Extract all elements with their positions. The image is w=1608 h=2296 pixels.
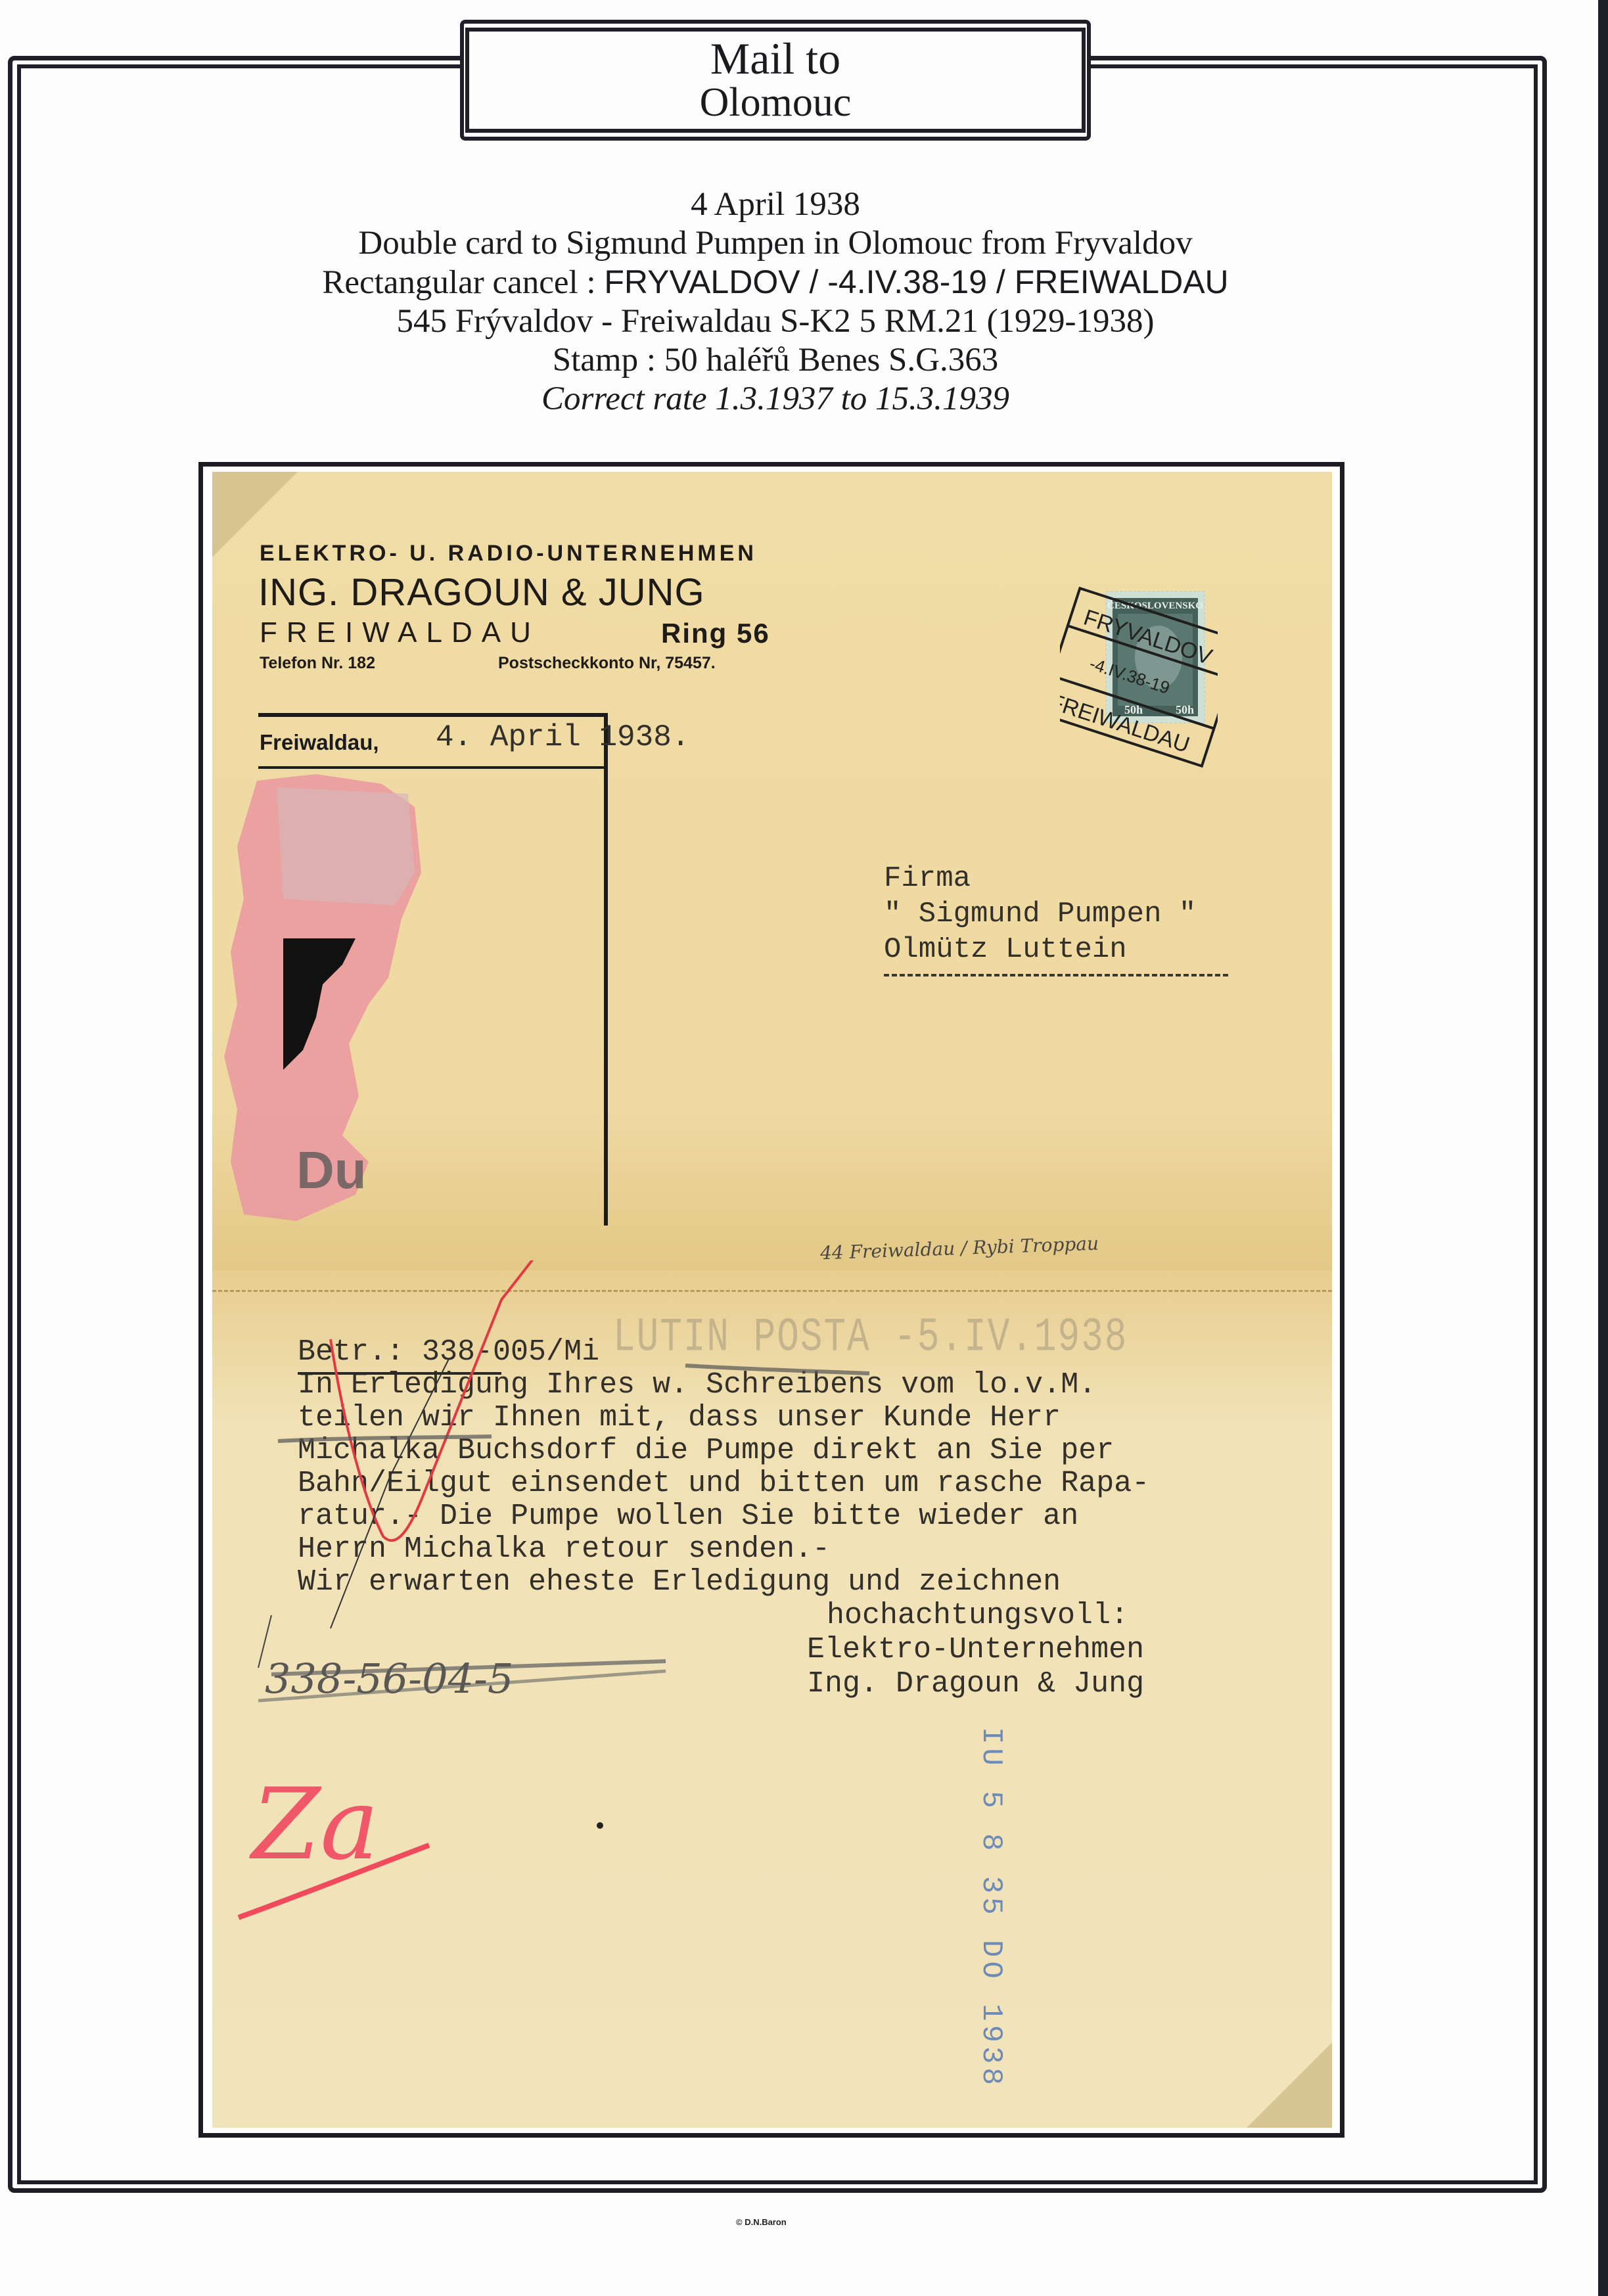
- description-date: 4 April 1938: [0, 185, 1551, 224]
- page-title: Mail to: [469, 35, 1082, 81]
- title-plate: Mail to Olomouc: [465, 28, 1086, 133]
- cancel-label: Rectangular cancel :: [322, 264, 604, 301]
- handwritten-reference: 338-56-04-5: [265, 1655, 513, 1703]
- description-cancel: Rectangular cancel : FRYVALDOV / -4.IV.3…: [0, 263, 1551, 302]
- address-line-1: Firma: [884, 861, 1196, 896]
- postal-card: ELEKTRO- U. RADIO-UNTERNEHMEN ING. DRAGO…: [212, 472, 1332, 2128]
- torn-paper-residue: Du: [218, 768, 444, 1228]
- address-line-3: Olmütz Luttein: [884, 932, 1196, 967]
- stamp-value-right: 50h: [1176, 703, 1194, 716]
- blue-date-stamp: IU 5 8 35 DO 1938: [975, 1727, 1007, 2089]
- description-catalogue: 545 Frývaldov - Freiwaldau S-K2 5 RM.21 …: [0, 302, 1551, 341]
- red-check-mark: [331, 1260, 547, 1540]
- description-block: 4 April 1938 Double card to Sigmund Pump…: [0, 185, 1551, 419]
- pencil-stroke: [331, 1359, 449, 1628]
- letterhead-street: Ring 56: [661, 618, 770, 649]
- description-stamp: Stamp : 50 haléřů Benes S.G.363: [0, 341, 1551, 380]
- letterhead-city: FREIWALDAU: [260, 616, 540, 649]
- letterhead-account: Postscheckkonto Nr, 75457.: [498, 654, 716, 673]
- description-summary: Double card to Sigmund Pumpen in Olomouc…: [0, 224, 1551, 263]
- letterhead-company: ING. DRAGOUN & JUNG: [258, 570, 705, 614]
- page-subtitle: Olomouc: [469, 81, 1082, 124]
- residue-letters: Du: [296, 1141, 367, 1199]
- place-label: Freiwaldau,: [260, 730, 379, 755]
- sender-box-top-rule: [258, 713, 607, 717]
- scan-edge: [1598, 0, 1608, 2296]
- recipient-address: Firma " Sigmund Pumpen " Olmütz Luttein: [884, 861, 1196, 967]
- letterhead-phone: Telefon Nr. 182: [260, 654, 375, 673]
- typed-date: 4. April 1938.: [436, 720, 689, 754]
- description-rate: Correct rate 1.3.1937 to 15.3.1939: [0, 380, 1551, 419]
- letterhead-line1: ELEKTRO- U. RADIO-UNTERNEHMEN: [260, 541, 757, 566]
- address-underline: [884, 974, 1228, 976]
- cancel-text: FRYVALDOV / -4.IV.38-19 / FREIWALDAU: [604, 264, 1228, 300]
- address-line-2: " Sigmund Pumpen ": [884, 896, 1196, 932]
- red-initials: Za: [249, 1768, 379, 1882]
- copyright-footer: © D.N.Baron: [736, 2217, 787, 2227]
- sender-box-right-rule: [604, 713, 608, 1226]
- postage-stamp-with-cancel[interactable]: ČESKOSLOVENSKO 50h 50h FRYVALDOV -4.IV.3…: [1060, 585, 1218, 782]
